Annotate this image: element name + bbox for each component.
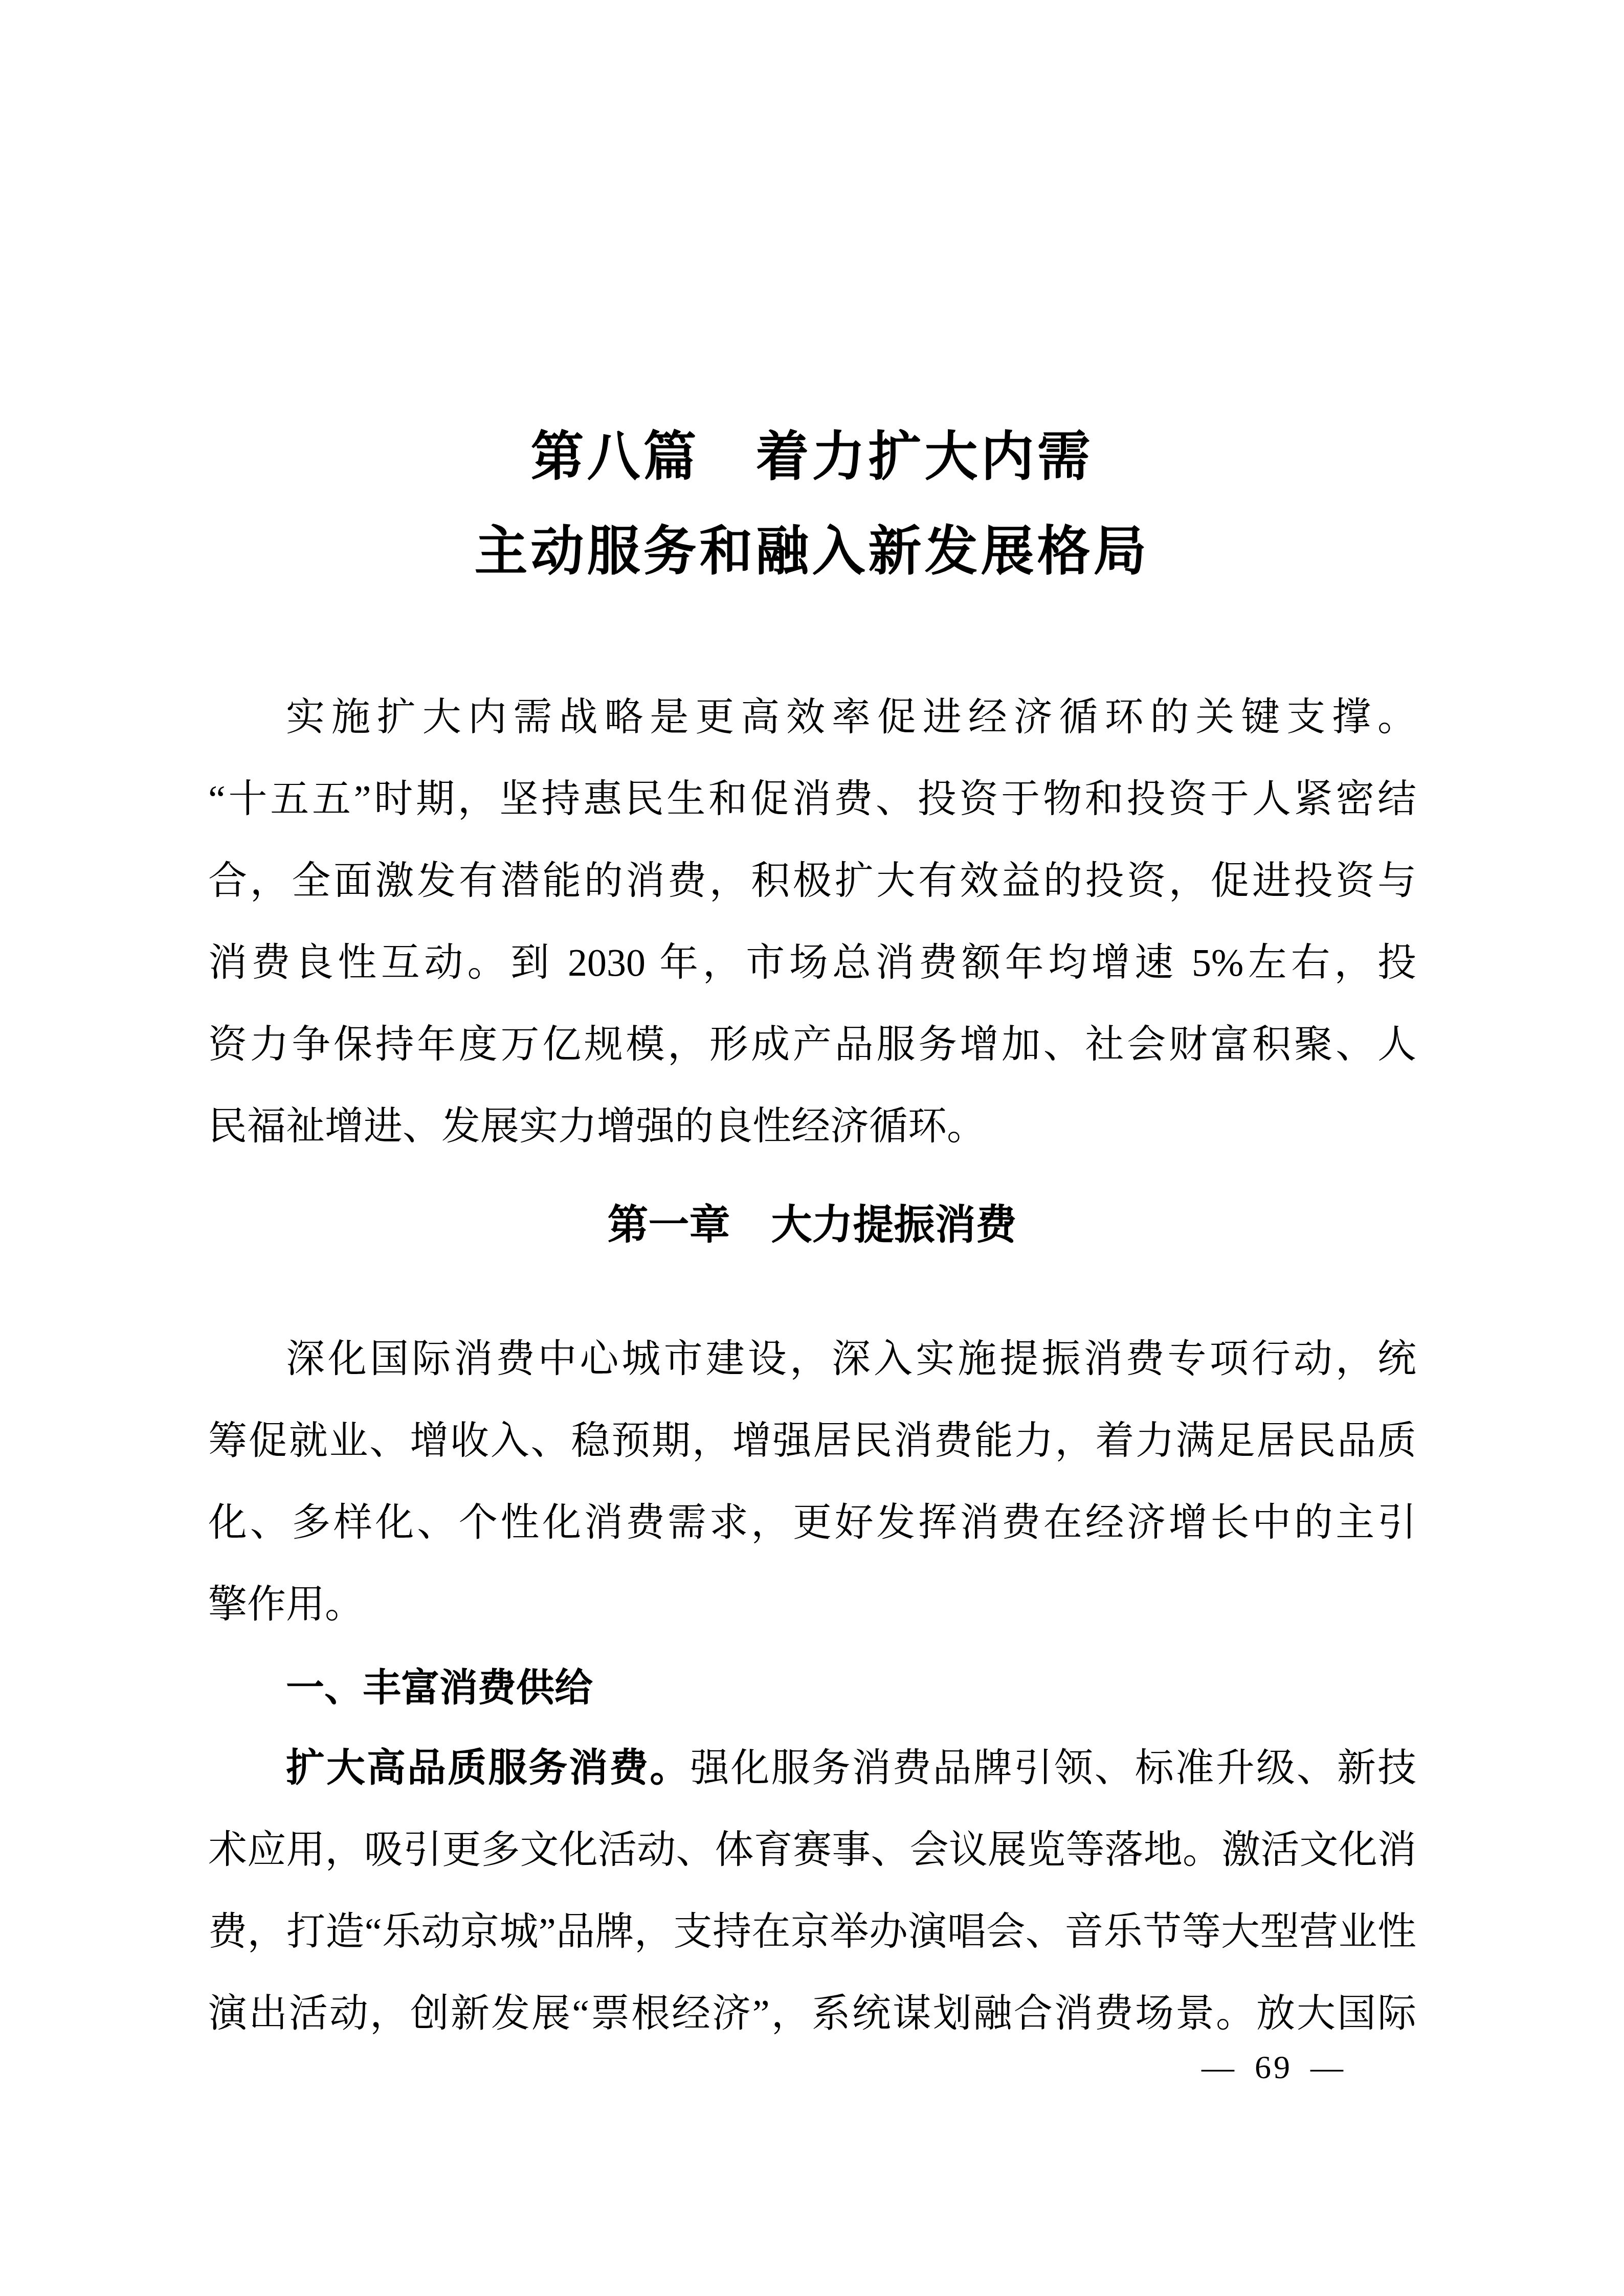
paragraph-chapter-intro: 深化国际消费中心城市建设，深入实施提振消费专项行动，统筹促就业、增收入、稳预期，… xyxy=(208,1318,1416,1646)
text-line: 民福祉增进、发展实力增强的良性经济循环。 xyxy=(208,1086,1416,1167)
bold-lead-in: 扩大高品质服务消费。 xyxy=(286,1747,690,1790)
text-line: 资力争保持年度万亿规模，形成产品服务增加、社会财富积聚、人 xyxy=(208,1004,1416,1086)
text-line: “十五五”时期，坚持惠民生和促消费、投资于物和投资于人紧密结 xyxy=(208,758,1416,840)
text-line: 合，全面激发有潜能的消费，积极扩大有效益的投资，促进投资与 xyxy=(208,840,1416,922)
text-line: 扩大高品质服务消费。强化服务消费品牌引领、标准升级、新技 xyxy=(208,1727,1416,1809)
part-title: 第八篇 着力扩大内需 主动服务和融入新发展格局 xyxy=(0,410,1624,599)
chapter-title: 第一章 大力提振消费 xyxy=(0,1184,1624,1266)
text-line: 消费良性互动。到 2030 年，市场总消费额年均增速 5%左右，投 xyxy=(208,922,1416,1004)
text-line: 化、多样化、个性化消费需求，更好发挥消费在经济增长中的主引 xyxy=(208,1482,1416,1564)
section-title: 一、丰富消费供给 xyxy=(208,1647,1416,1728)
text-line: 筹促就业、增收入、稳预期，增强居民消费能力，着力满足居民品质 xyxy=(208,1400,1416,1482)
text-line: 深化国际消费中心城市建设，深入实施提振消费专项行动，统 xyxy=(208,1318,1416,1400)
text-line: 演出活动，创新发展“票根经济”，系统谋划融合消费场景。放大国际 xyxy=(208,1973,1416,2055)
part-title-line1: 第八篇 着力扩大内需 xyxy=(0,410,1624,505)
part-title-line2: 主动服务和融入新发展格局 xyxy=(0,505,1624,599)
paragraph-section-body: 扩大高品质服务消费。强化服务消费品牌引领、标准升级、新技术应用，吸引更多文化活动… xyxy=(208,1727,1416,2055)
text-line: 术应用，吸引更多文化活动、体育赛事、会议展览等落地。激活文化消 xyxy=(208,1809,1416,1891)
paragraph-intro: 实施扩大内需战略是更高效率促进经济循环的关键支撑。“十五五”时期，坚持惠民生和促… xyxy=(208,677,1416,1167)
document-page: 第八篇 着力扩大内需 主动服务和融入新发展格局 实施扩大内需战略是更高效率促进经… xyxy=(0,0,1624,2296)
page-number: — 69 — xyxy=(1171,2050,1376,2085)
text-line: 实施扩大内需战略是更高效率促进经济循环的关键支撑。 xyxy=(208,677,1416,758)
text-line: 擎作用。 xyxy=(208,1564,1416,1646)
text-line: 费，打造“乐动京城”品牌，支持在京举办演唱会、音乐节等大型营业性 xyxy=(208,1891,1416,1973)
